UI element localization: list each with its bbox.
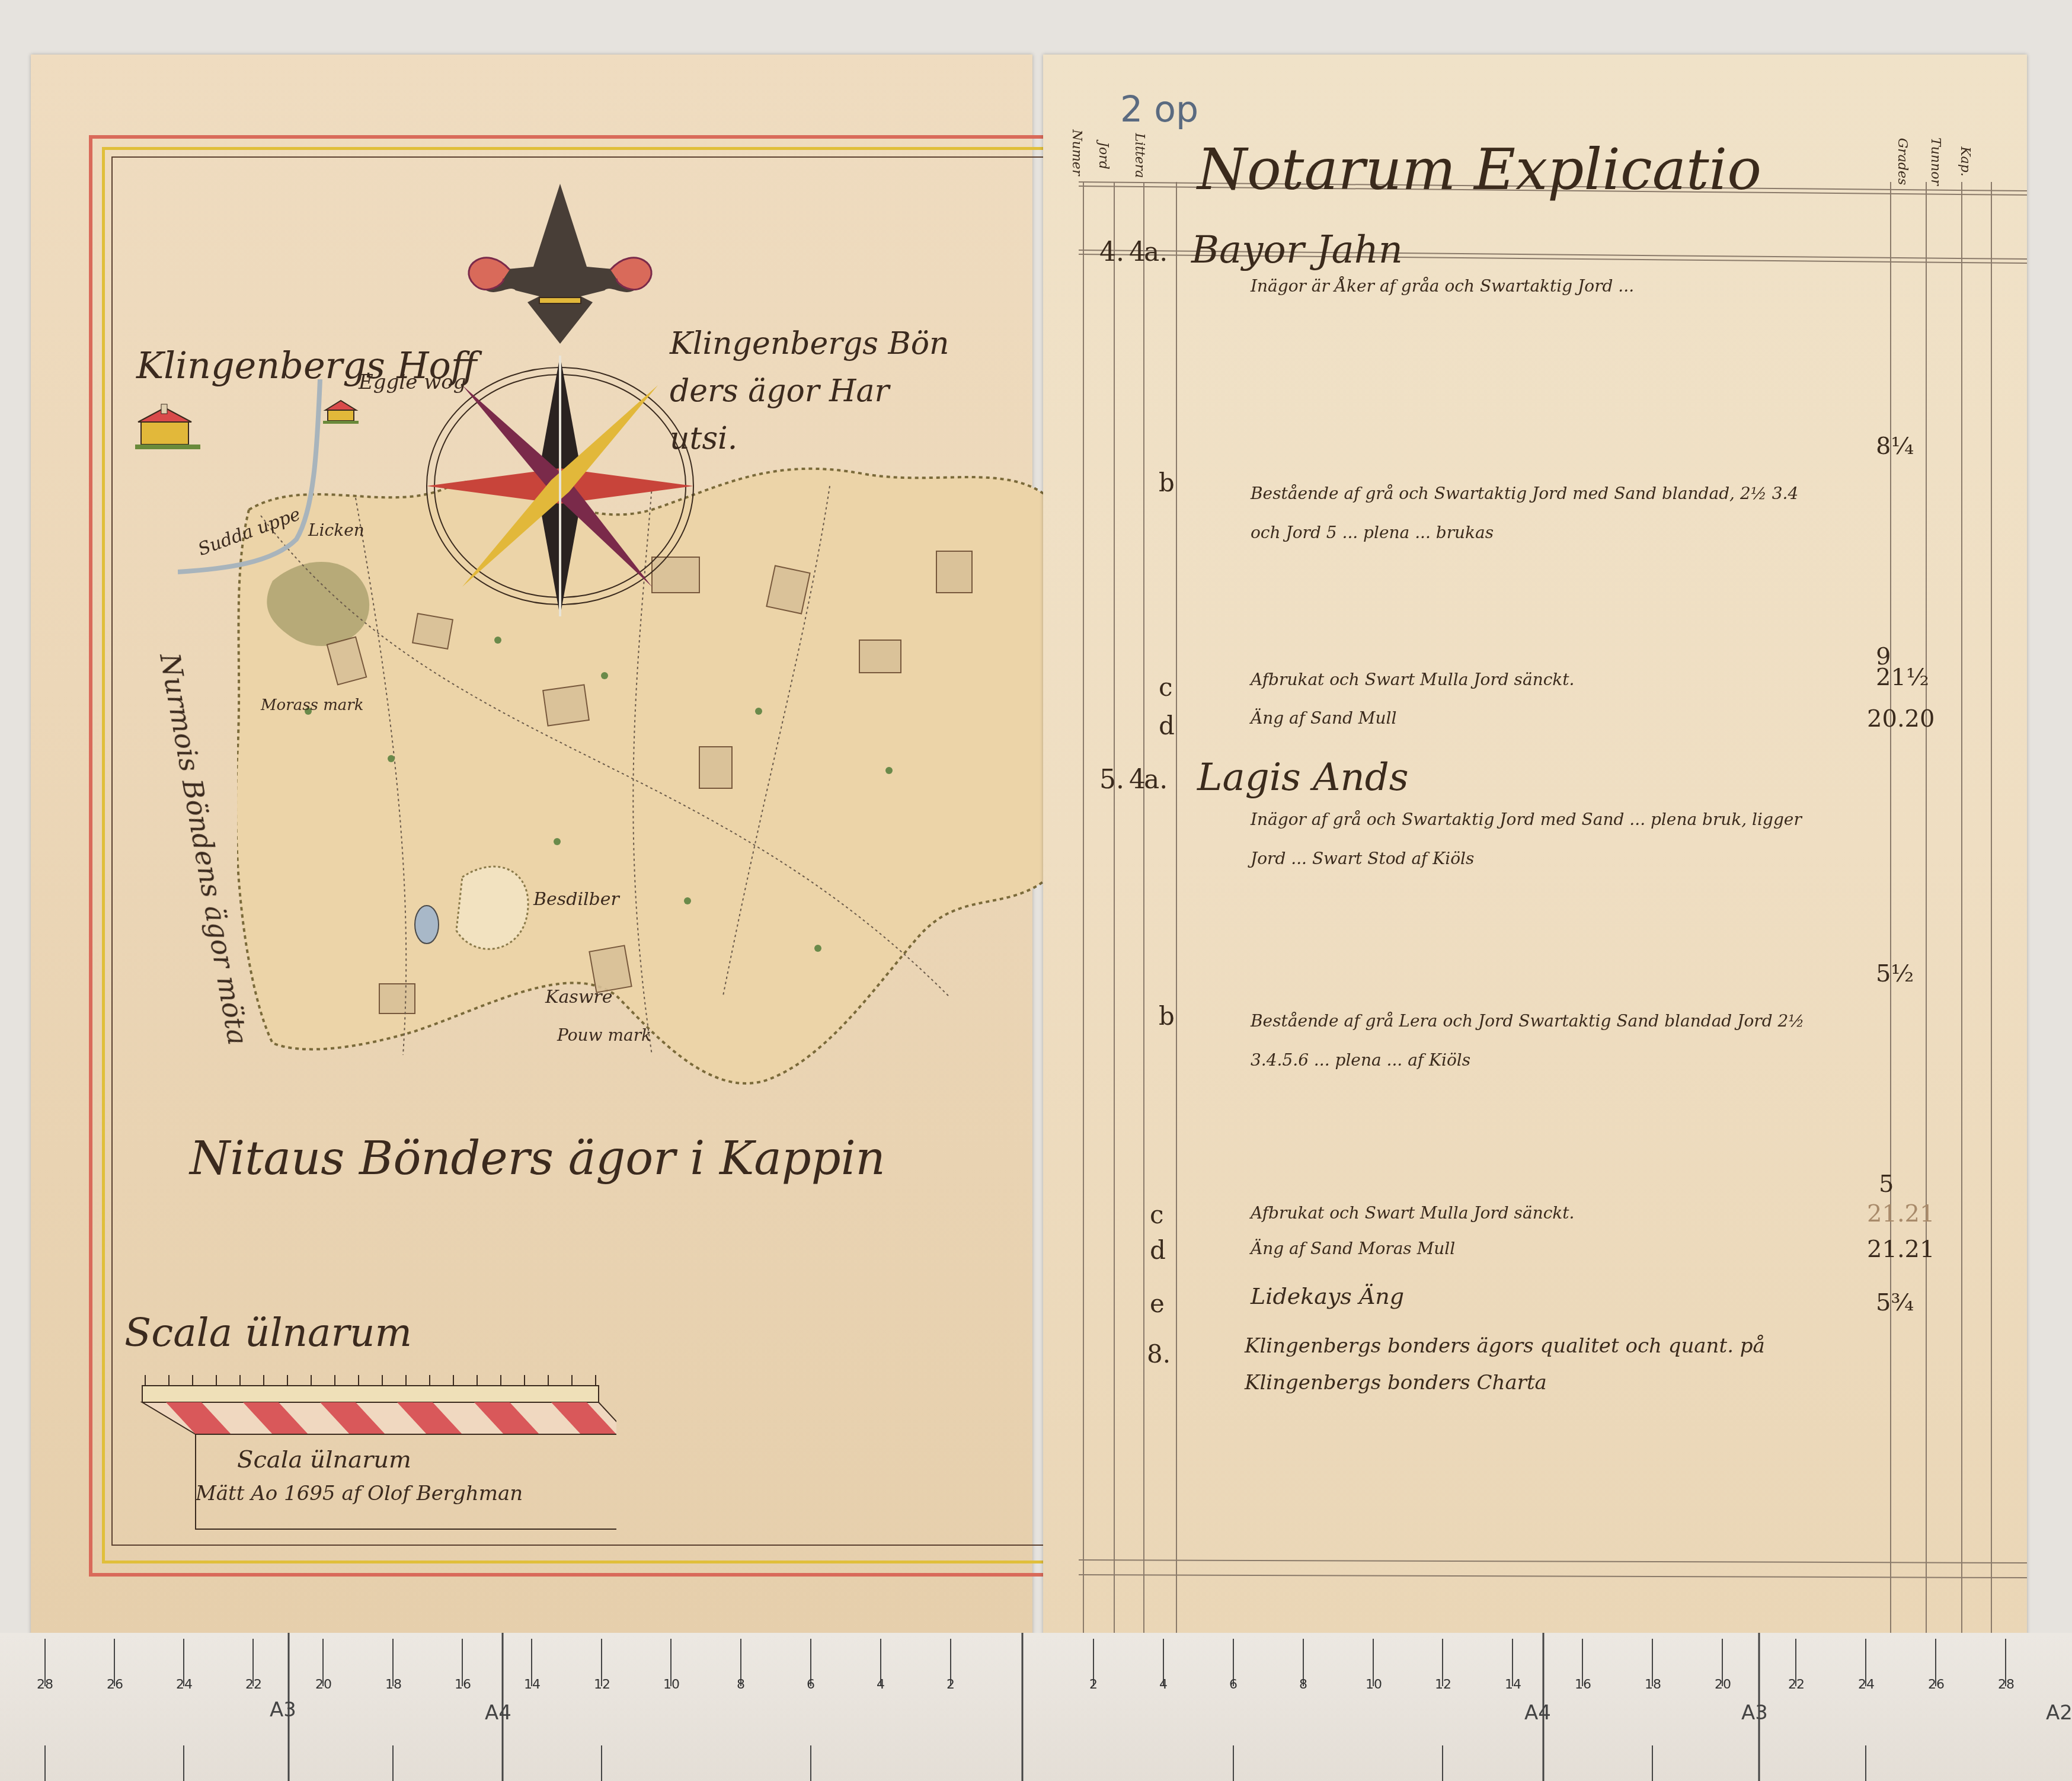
entry-text: Inägor af grå och Swartaktig Jord med Sa…	[1251, 800, 1814, 878]
ruler-number: 22	[245, 1677, 262, 1692]
scale-box-title: Scala ülnarum	[237, 1446, 411, 1473]
paper-size-label: A3	[1741, 1701, 1768, 1725]
ruler-number: 24	[1858, 1677, 1875, 1692]
ledger-title: Notarum Explicatio	[1197, 136, 1761, 203]
col-header-grades: Grades	[1895, 138, 1910, 186]
paper-size-label: A3	[270, 1698, 296, 1722]
col-header-jord: Jord	[1096, 142, 1111, 170]
label-egglewog: Eggle wog	[359, 370, 466, 394]
ruler-number: 8	[1299, 1677, 1307, 1692]
entry-text: Klingenbergs bonders ägors qualitet och …	[1245, 1328, 1837, 1401]
entry-littera: d	[1159, 711, 1175, 740]
ruler-number: 12	[1435, 1677, 1451, 1692]
entry-littera: b	[1159, 468, 1175, 497]
entry-littera: c	[1150, 1200, 1164, 1229]
ruler-number: 20	[1715, 1677, 1731, 1692]
ruler-number: 10	[663, 1677, 680, 1692]
entry-value: 21½	[1876, 664, 1929, 691]
label-besdilber: Besdilber	[533, 889, 619, 910]
label-pouw-mark: Pouw mark	[557, 1025, 651, 1045]
ruler-number: 26	[107, 1677, 123, 1692]
ruler-number: 2	[947, 1677, 955, 1692]
entry-text: Inägor är Åker af gråa och Swartaktig Jo…	[1251, 267, 1814, 306]
farm-house-icon	[323, 398, 359, 425]
ruler-number: 4	[1159, 1677, 1168, 1692]
entry-value: 5	[1879, 1171, 1894, 1198]
entry-value: 21.21	[1867, 1200, 1935, 1227]
entry-text: Lidekays Äng	[1251, 1283, 1404, 1309]
label-kaswre: Kaswre	[545, 987, 612, 1008]
ruler-number: 4	[877, 1677, 885, 1692]
entry-value: 8¼	[1876, 433, 1914, 460]
paper-size-label: A2	[2046, 1701, 2072, 1725]
entry-value: 21.21	[1867, 1236, 1935, 1263]
entry-littera: a.	[1144, 765, 1168, 795]
label-morass: Morass mark	[261, 696, 364, 714]
entry-value: 20.20	[1867, 705, 1935, 733]
ruler-number: 28	[1998, 1677, 2015, 1692]
entry-text: Äng af Sand Mull	[1251, 708, 1396, 728]
ruler-number: 16	[1575, 1677, 1591, 1692]
entry-jord: 4	[1129, 237, 1146, 267]
entry-littera: e	[1150, 1289, 1165, 1318]
entry-value: 5½	[1876, 960, 1914, 987]
scale-title: Scala ülnarum	[124, 1310, 412, 1355]
ruler-number: 20	[315, 1677, 332, 1692]
entry-jord: 4	[1129, 765, 1146, 795]
ruler-number: 18	[385, 1677, 402, 1692]
col-header-kap: Kap.	[1958, 146, 1972, 177]
entry-text: Afbrukat och Swart Mulla Jord sänckt.	[1251, 670, 1575, 689]
entry-text: Äng af Sand Moras Mull	[1251, 1239, 1455, 1258]
ruler-number: 12	[594, 1677, 610, 1692]
ruler-number: 28	[37, 1677, 53, 1692]
entry-littera: a.	[1144, 237, 1168, 267]
ruler-number: 8	[737, 1677, 745, 1692]
entry-number: 5.	[1099, 765, 1124, 795]
entry-littera: b	[1159, 1002, 1175, 1031]
entry-littera: d	[1150, 1236, 1166, 1265]
entry-text: Bestående af grå och Swartaktig Jord med…	[1251, 474, 1814, 552]
ruler-number: 10	[1366, 1677, 1382, 1692]
col-header-tunnor: Tunnor	[1928, 138, 1943, 186]
entry-text: Afbrukat och Swart Mulla Jord sänckt.	[1251, 1203, 1575, 1223]
ruler-number: 14	[1505, 1677, 1521, 1692]
col-header-littera: Littera	[1132, 133, 1147, 178]
entry-text: Bestående af grå Lera och Jord Swartakti…	[1251, 1002, 1814, 1080]
label-licken: Licken	[308, 520, 364, 540]
entry-heading: Bayor Jahn	[1191, 228, 1403, 272]
ruler-number: 24	[176, 1677, 193, 1692]
ruler-number: 22	[1788, 1677, 1805, 1692]
entry-heading: Lagis Ands	[1197, 756, 1409, 800]
pencil-note: 2 op	[1120, 89, 1198, 130]
entry-littera: 8.	[1147, 1339, 1171, 1368]
ruler-number: 2	[1089, 1677, 1098, 1692]
label-klingenbergs-bonders: Klingenbergs Bön ders ägor Har utsi.	[670, 320, 954, 462]
entry-value: 5¾	[1876, 1289, 1914, 1316]
ruler-number: 14	[524, 1677, 541, 1692]
ruler-number: 6	[807, 1677, 815, 1692]
measurement-ruler: 28 26 24 22 20 18 16 14 12 10 8 6 4 2 2 …	[0, 1633, 2072, 1781]
paper-size-label: A4	[485, 1701, 511, 1725]
ruler-number: 18	[1645, 1677, 1661, 1692]
ruler-number: 6	[1229, 1677, 1238, 1692]
entry-littera: c	[1159, 673, 1173, 702]
scale-box-signature: Mätt Ao 1695 af Olof Berghman	[196, 1482, 523, 1505]
paper-size-label: A4	[1524, 1701, 1551, 1725]
ruler-number: 16	[455, 1677, 471, 1692]
label-nitaus-bonders: Nitaus Bönders ägor i Kappin	[190, 1132, 885, 1185]
entry-number: 4.	[1099, 237, 1124, 267]
col-header-numer: Numer	[1069, 130, 1084, 176]
ruler-number: 26	[1928, 1677, 1945, 1692]
manor-house-icon	[135, 403, 200, 450]
